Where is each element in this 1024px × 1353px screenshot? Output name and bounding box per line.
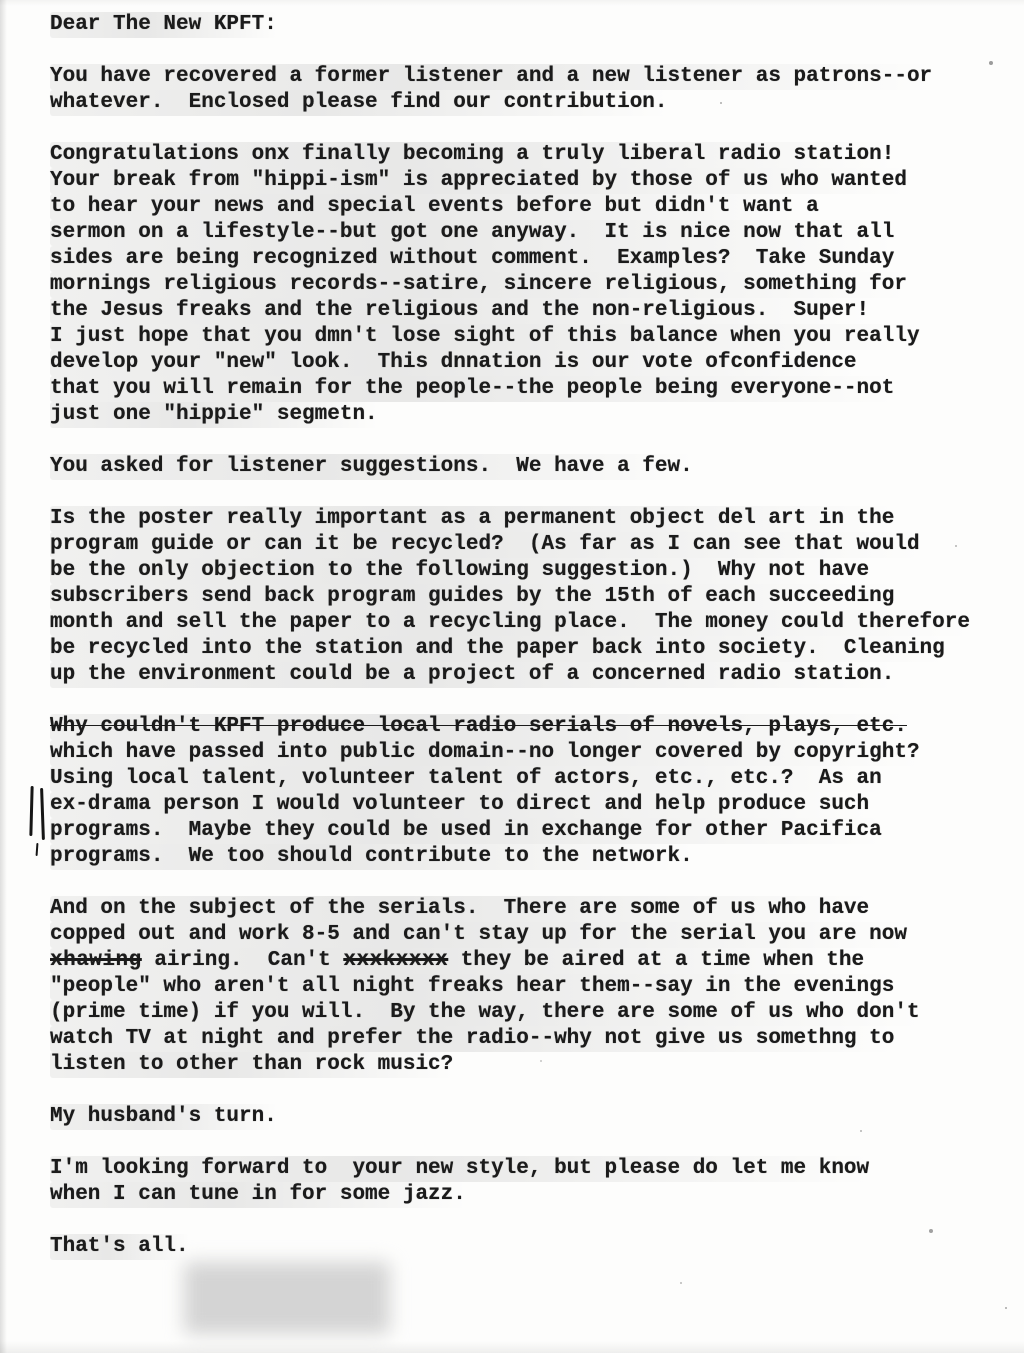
text-segment: subscribers send back program guides by … <box>50 585 894 608</box>
text-segment: And on the subject of the serials. There… <box>50 897 869 920</box>
text-segment: be the only objection to the following s… <box>50 559 869 582</box>
text-segment: whatever. Enclosed please find our contr… <box>50 91 668 114</box>
text-segment: program guide or can it be recycled? (As… <box>50 533 920 556</box>
text-line: up the environment could be a project of… <box>50 662 894 688</box>
text-line: the Jesus freaks and the religious and t… <box>50 298 869 324</box>
text-segment: My husband's turn. <box>50 1105 277 1128</box>
scan-specks <box>0 0 2 2</box>
handwritten-margin-mark <box>29 786 33 836</box>
text-line: programs. Maybe they could be used in ex… <box>50 818 882 844</box>
text-line: subscribers send back program guides by … <box>50 584 894 610</box>
text-line: sides are being recognized without comme… <box>50 246 894 272</box>
text-line: You have recovered a former listener and… <box>50 64 932 90</box>
text-segment: copped out and work 8-5 and can't stay u… <box>50 923 907 946</box>
paragraph: You have recovered a former listener and… <box>50 64 1006 116</box>
text-line: Congratulations onx finally becoming a t… <box>50 142 894 168</box>
text-segment: develop your "new" look. This dnnation i… <box>50 351 857 374</box>
text-line: ex-drama person I would volunteer to dir… <box>50 792 869 818</box>
text-segment: (prime time) if you will. By the way, th… <box>50 1001 920 1024</box>
text-line: That's all. <box>50 1234 189 1260</box>
redacted-signature <box>184 1262 390 1334</box>
text-line: watch TV at night and prefer the radio--… <box>50 1026 894 1052</box>
text-segment: programs. We too should contribute to th… <box>50 845 693 868</box>
text-segment: when I can tune in for some jazz. <box>50 1183 466 1206</box>
text-line: whatever. Enclosed please find our contr… <box>50 90 668 116</box>
paragraph: My husband's turn. <box>50 1104 1006 1130</box>
text-line: (prime time) if you will. By the way, th… <box>50 1000 920 1026</box>
text-segment: Is the poster really important as a perm… <box>50 507 894 530</box>
text-line: that you will remain for the people--the… <box>50 376 894 402</box>
letter-body: Dear The New KPFT:You have recovered a f… <box>50 12 1006 1286</box>
text-line: xhawing airing. Can't xxxkxxxx they be a… <box>50 948 864 974</box>
paragraph: Congratulations onx finally becoming a t… <box>50 142 1006 428</box>
text-segment: just one "hippie" segmetn. <box>50 403 378 426</box>
text-line: programs. We too should contribute to th… <box>50 844 693 870</box>
text-segment: programs. Maybe they could be used in ex… <box>50 819 882 842</box>
handwritten-margin-tick <box>36 843 39 856</box>
handwritten-margin-mark <box>40 788 45 840</box>
text-line: Using local talent, volunteer talent of … <box>50 766 882 792</box>
text-line: Your break from "hippi-ism" is appreciat… <box>50 168 907 194</box>
text-line: Is the poster really important as a perm… <box>50 506 894 532</box>
text-line: copped out and work 8-5 and can't stay u… <box>50 922 907 948</box>
text-line: program guide or can it be recycled? (As… <box>50 532 920 558</box>
text-line: to hear your news and special events bef… <box>50 194 819 220</box>
paragraph: And on the subject of the serials. There… <box>50 896 1006 1078</box>
text-line: My husband's turn. <box>50 1104 277 1130</box>
text-segment: be recycled into the station and the pap… <box>50 637 945 660</box>
text-line: "people" who aren't all night freaks hea… <box>50 974 894 1000</box>
text-line: be recycled into the station and the pap… <box>50 636 945 662</box>
text-segment: Dear The New KPFT: <box>50 13 277 36</box>
paragraph: Dear The New KPFT: <box>50 12 1006 38</box>
text-line: develop your "new" look. This dnnation i… <box>50 350 857 376</box>
paragraph: Is the poster really important as a perm… <box>50 506 1006 688</box>
text-segment: I just hope that you dmn't lose sight of… <box>50 325 920 348</box>
text-segment: You asked for listener suggestions. We h… <box>50 455 693 478</box>
text-line: Why couldn't KPFT produce local radio se… <box>50 714 907 740</box>
text-segment: Congratulations onx finally becoming a t… <box>50 143 894 166</box>
text-line: You asked for listener suggestions. We h… <box>50 454 693 480</box>
text-line: I just hope that you dmn't lose sight of… <box>50 324 920 350</box>
struck-text-segment: Why couldn't KPFT produce local radio se… <box>50 715 907 738</box>
scanned-letter-page: Dear The New KPFT:You have recovered a f… <box>0 0 1024 1353</box>
text-segment: to hear your news and special events bef… <box>50 195 819 218</box>
text-segment: You have recovered a former listener and… <box>50 65 932 88</box>
text-segment: ex-drama person I would volunteer to dir… <box>50 793 869 816</box>
struck-text-segment: xhawing <box>50 949 142 972</box>
text-segment: That's all. <box>50 1235 189 1258</box>
text-line: mornings religious records--satire, sinc… <box>50 272 907 298</box>
text-segment: mornings religious records--satire, sinc… <box>50 273 907 296</box>
text-line: which have passed into public domain--no… <box>50 740 920 766</box>
struck-text-segment: xxxkxxxx <box>343 949 448 972</box>
text-line: be the only objection to the following s… <box>50 558 869 584</box>
text-line: listen to other than rock music? <box>50 1052 453 1078</box>
text-line: when I can tune in for some jazz. <box>50 1182 466 1208</box>
text-segment: they be aired at a time when the <box>448 949 864 972</box>
text-line: month and sell the paper to a recycling … <box>50 610 970 636</box>
paragraph: You asked for listener suggestions. We h… <box>50 454 1006 480</box>
text-segment: up the environment could be a project of… <box>50 663 894 686</box>
paragraph: That's all. <box>50 1234 1006 1260</box>
text-line: just one "hippie" segmetn. <box>50 402 378 428</box>
text-segment: the Jesus freaks and the religious and t… <box>50 299 869 322</box>
text-segment: that you will remain for the people--the… <box>50 377 894 400</box>
text-segment: Your break from "hippi-ism" is appreciat… <box>50 169 907 192</box>
text-segment: I'm looking forward to your new style, b… <box>50 1157 869 1180</box>
text-segment: "people" who aren't all night freaks hea… <box>50 975 894 998</box>
text-segment: listen to other than rock music? <box>50 1053 453 1076</box>
text-line: Dear The New KPFT: <box>50 12 277 38</box>
text-segment: month and sell the paper to a recycling … <box>50 611 970 634</box>
text-segment: airing. Can't <box>142 949 344 972</box>
text-line: And on the subject of the serials. There… <box>50 896 869 922</box>
text-line: sermon on a lifestyle--but got one anywa… <box>50 220 894 246</box>
text-segment: watch TV at night and prefer the radio--… <box>50 1027 894 1050</box>
text-segment: Using local talent, volunteer talent of … <box>50 767 882 790</box>
text-segment: sides are being recognized without comme… <box>50 247 894 270</box>
text-segment: which have passed into public domain--no… <box>50 741 920 764</box>
paragraph: Why couldn't KPFT produce local radio se… <box>50 714 1006 870</box>
text-line: I'm looking forward to your new style, b… <box>50 1156 869 1182</box>
paragraph: I'm looking forward to your new style, b… <box>50 1156 1006 1208</box>
text-segment: sermon on a lifestyle--but got one anywa… <box>50 221 894 244</box>
